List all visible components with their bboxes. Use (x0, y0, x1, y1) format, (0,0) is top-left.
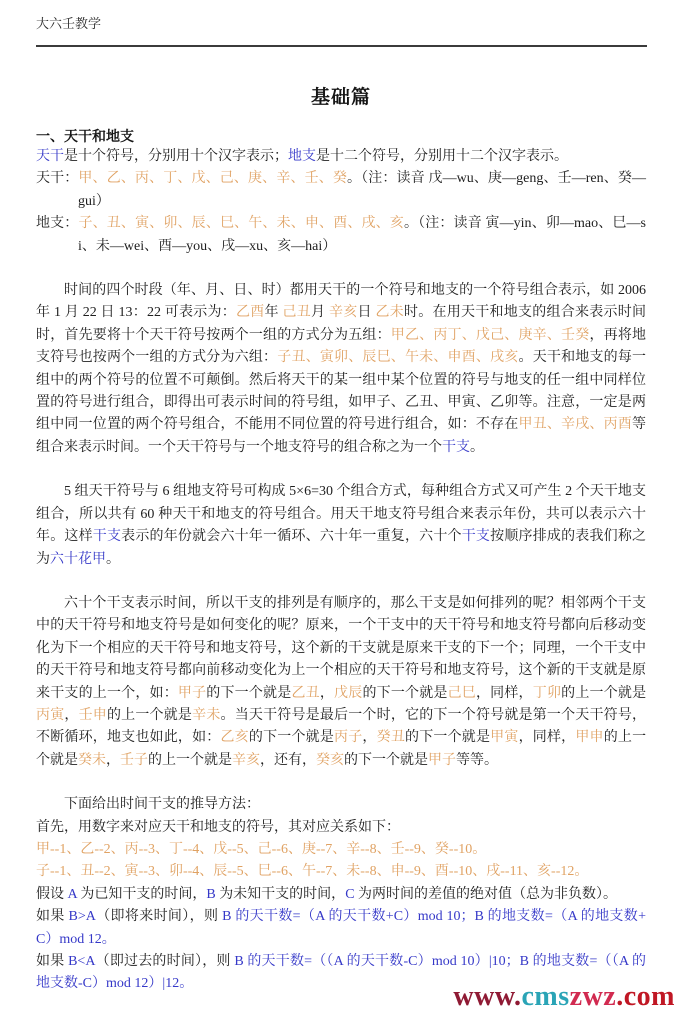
text-run: 甲子 (178, 686, 206, 701)
text-run: 干支 (442, 440, 470, 455)
page-header: 大六壬教学 (36, 13, 647, 47)
text-run: 是十个符号，分别用十个汉字表示； (64, 149, 288, 164)
watermark-segment: zwz (570, 981, 617, 1012)
text-run: 表示的年份就会六十年一循环、六十年一重复，六十个 (121, 529, 462, 544)
text-run: 的下一个就是 (405, 730, 490, 745)
text-run: 子、丑、寅、卯、辰、巳、午、未、申、酉、戌、亥 (78, 216, 403, 231)
header-title: 大六壬教学 (36, 16, 101, 31)
text-run: 癸亥 (316, 753, 344, 768)
text-run: 癸未 (78, 753, 106, 768)
watermark-segment: www. (453, 981, 521, 1012)
paragraph: 子--1、丑--2、寅--3、卯--4、辰--5、巳--6、午--7、未--8、… (36, 861, 646, 883)
text-run: 如果 (36, 954, 68, 969)
text-run: 六十花甲 (50, 552, 106, 567)
text-run: 下面给出时间干支的推导方法： (64, 797, 260, 812)
text-run: C (345, 887, 354, 902)
text-run: 干支 (93, 529, 121, 544)
paragraph: 假设 A 为已知干支的时间，B 为未知干支的时间，C 为两时间的差值的绝对值（总… (36, 884, 646, 906)
page-title: 基础篇 (36, 82, 646, 109)
text-run: ，还有， (260, 753, 316, 768)
paragraph: 下面给出时间干支的推导方法： (36, 794, 646, 816)
text-run: 地支 (288, 149, 316, 164)
text-run: 甲寅 (490, 730, 518, 745)
text-run: 的下一个就是 (344, 753, 428, 768)
text-run: 壬子 (120, 753, 148, 768)
text-run: 的上一个就是 (148, 753, 232, 768)
document-body: 天干是十个符号，分别用十个汉字表示；地支是十二个符号，分别用十二个汉字表示。天干… (36, 146, 646, 996)
text-run: 乙亥 (220, 730, 248, 745)
text-run: 。 (470, 440, 484, 455)
text-run: B<A (68, 954, 95, 969)
text-run: 乙酉 (236, 305, 265, 320)
text-run: 丙寅 (36, 708, 64, 723)
text-run: B>A (69, 909, 96, 924)
text-run: 壬申 (79, 708, 107, 723)
text-run: 甲丑、辛戌、丙酉 (518, 417, 632, 432)
text-run: 甲--1、乙--2、丙--3、丁--4、戊--5、己--6、庚--7、辛--8、… (36, 842, 486, 857)
text-run: （即将来时间），则 (96, 909, 222, 924)
text-run: ，同样， (476, 686, 533, 701)
watermark-segment: .com (616, 981, 675, 1012)
text-run: 的上一个就是 (107, 708, 192, 723)
watermark-segment: cms (522, 981, 570, 1012)
text-run: 己巳 (448, 686, 476, 701)
text-run: 丙子 (334, 730, 362, 745)
text-run: 是十二个符号，分别用十二个汉字表示。 (316, 149, 568, 164)
text-run: A (68, 887, 77, 902)
text-run: 的上一个就是 (561, 686, 646, 701)
paragraph: 首先，用数字来对应天干和地支的符号，其对应关系如下： (36, 817, 646, 839)
text-run: 地支： (36, 216, 78, 231)
text-run: 辛未 (192, 708, 220, 723)
text-run: 乙丑 (291, 686, 319, 701)
text-run: 如果 (36, 909, 69, 924)
text-run: 戊辰 (334, 686, 362, 701)
watermark: www.cmszwz.com (453, 982, 675, 1012)
text-run: 。 (106, 552, 120, 567)
text-run: 为已知干支的时间， (77, 887, 207, 902)
document-page: 大六壬教学 基础篇 一、天干和地支 天干是十个符号，分别用十个汉字表示；地支是十… (0, 0, 681, 1012)
text-run: 的下一个就是 (249, 730, 334, 745)
text-run: 年 (265, 305, 283, 320)
document-content: 基础篇 一、天干和地支 天干是十个符号，分别用十个汉字表示；地支是十二个符号，分… (36, 82, 646, 996)
text-run: ， (362, 730, 376, 745)
text-run: 子--1、丑--2、寅--3、卯--4、辰--5、巳--6、午--7、未--8、… (36, 864, 588, 879)
text-run: B (206, 887, 215, 902)
text-run: 月 (311, 305, 329, 320)
text-run: ， (106, 753, 120, 768)
text-run: 干支 (462, 529, 490, 544)
text-run: 甲申 (575, 730, 603, 745)
text-run: 甲、乙、丙、丁、戊、己、庚、辛、壬、癸 (78, 171, 347, 186)
text-run: 甲乙、丙丁、戊己、庚辛、壬癸 (391, 328, 590, 343)
paragraph: 甲--1、乙--2、丙--3、丁--4、戊--5、己--6、庚--7、辛--8、… (36, 839, 646, 861)
text-run: 假设 (36, 887, 68, 902)
paragraph: 天干是十个符号，分别用十个汉字表示；地支是十二个符号，分别用十二个汉字表示。 (36, 146, 646, 168)
paragraph: 5 组天干符号与 6 组地支符号可构成 5×6=30 个组合方式，每种组合方式又… (36, 481, 646, 571)
text-run: ，同样， (519, 730, 576, 745)
paragraph: 如果 B>A（即将来时间），则 B 的天干数=（A 的天干数+C）mod 10；… (36, 906, 646, 951)
text-run: 乙未 (376, 305, 405, 320)
text-run: 子丑、寅卯、辰巳、午未、申酉、戌亥 (277, 350, 518, 365)
paragraph: 时间的四个时段（年、月、日、时）都用天干的一个符号和地支的一个符号组合表示，如 … (36, 280, 646, 459)
text-run: 的下一个就是 (362, 686, 447, 701)
paragraph: 地支：子、丑、寅、卯、辰、巳、午、未、申、酉、戌、亥。（注：读音 寅—yin、卯… (36, 213, 646, 258)
text-run: ， (320, 686, 334, 701)
text-run: 为两时间的差值的绝对值（总为非负数）。 (355, 887, 618, 902)
paragraph: 天干：甲、乙、丙、丁、戊、己、庚、辛、壬、癸。（注：读音 戊—wu、庚—geng… (36, 168, 646, 213)
section-heading: 一、天干和地支 (36, 126, 646, 146)
text-run: 等等。 (456, 753, 498, 768)
text-run: 辛亥 (329, 305, 358, 320)
text-run: 的下一个就是 (206, 686, 291, 701)
text-run: 辛亥 (232, 753, 260, 768)
text-run: ， (64, 708, 78, 723)
text-run: （即过去的时间），则 (95, 954, 234, 969)
text-run: 癸丑 (377, 730, 405, 745)
text-run: 丁卯 (533, 686, 561, 701)
text-run: 日 (358, 305, 376, 320)
text-run: 天干 (36, 149, 64, 164)
text-run: 天干： (36, 171, 78, 186)
text-run: 己丑 (283, 305, 312, 320)
text-run: 为未知干支的时间， (216, 887, 346, 902)
text-run: 甲子 (428, 753, 456, 768)
paragraph: 六十个干支表示时间，所以干支的排列是有顺序的，那么干支是如何排列的呢？相邻两个干… (36, 593, 646, 772)
text-run: 首先，用数字来对应天干和地支的符号，其对应关系如下： (36, 820, 400, 835)
